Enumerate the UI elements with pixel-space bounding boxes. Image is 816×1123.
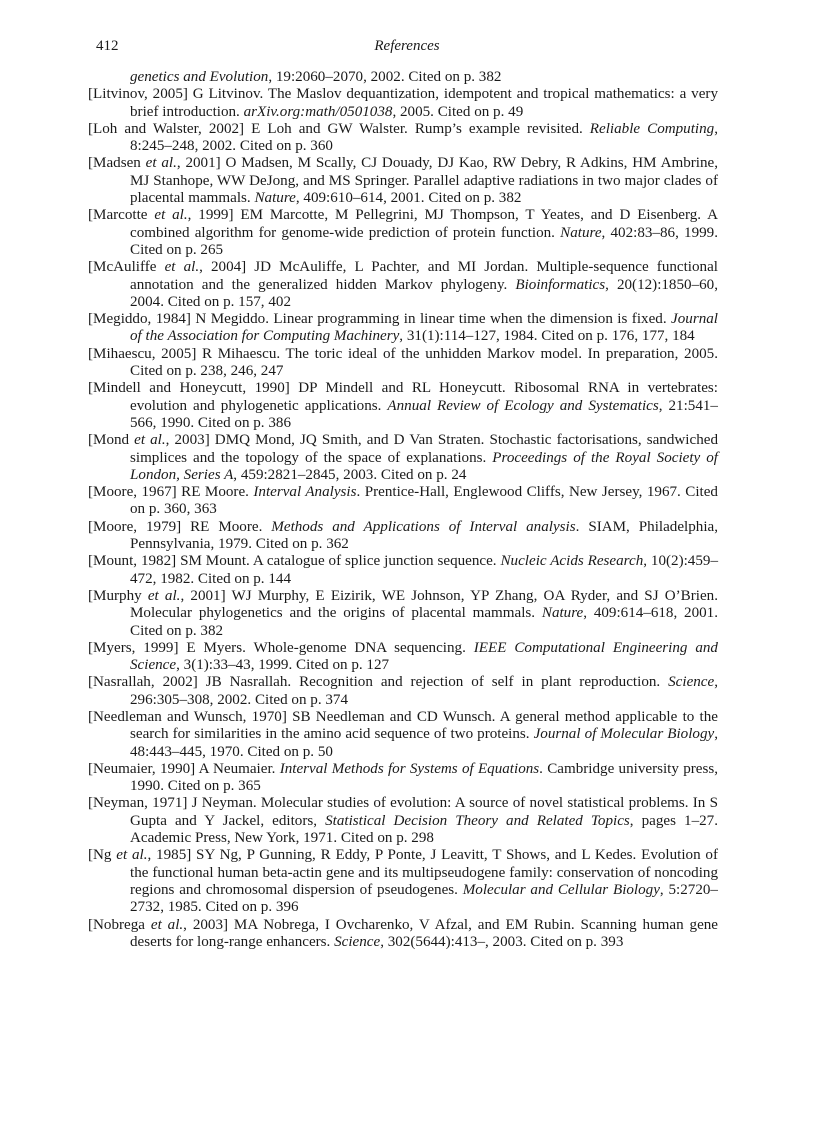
reference-italic-text: Annual Review of Ecology and Systematics xyxy=(387,398,658,414)
reference-italic-text: Molecular and Cellular Biology xyxy=(463,882,660,898)
reference-entry: [Moore, 1967] RE Moore. Interval Analysi… xyxy=(88,484,718,519)
reference-text: [McAuliffe xyxy=(88,259,165,275)
reference-italic-text: et al. xyxy=(134,432,165,448)
reference-entry: [Neumaier, 1990] A Neumaier. Interval Me… xyxy=(88,761,718,796)
reference-text: [Murphy xyxy=(88,588,148,604)
reference-text: , 302(5644):413–, 2003. Cited on p. 393 xyxy=(380,934,623,950)
reference-italic-text: Methods and Applications of Interval ana… xyxy=(271,519,575,535)
reference-text: [Ng xyxy=(88,847,116,863)
reference-text: [Moore, 1979] RE Moore. xyxy=(88,519,271,535)
reference-text: [Marcotte xyxy=(88,207,154,223)
reference-text: [Mount, 1982] SM Mount. A catalogue of s… xyxy=(88,553,500,569)
reference-italic-text: Journal of Molecular Biology xyxy=(534,726,715,742)
running-title: References xyxy=(96,38,718,55)
reference-text: [Mihaescu, 2005] R Mihaescu. The toric i… xyxy=(88,346,718,379)
running-head: 412 References xyxy=(96,38,718,58)
reference-entry: [Mindell and Honeycutt, 1990] DP Mindell… xyxy=(88,380,718,432)
reference-text: , 19:2060–2070, 2002. Cited on p. 382 xyxy=(268,69,501,85)
reference-entry: [Madsen et al., 2001] O Madsen, M Scally… xyxy=(88,155,718,207)
reference-entry: [Marcotte et al., 1999] EM Marcotte, M P… xyxy=(88,207,718,259)
reference-text: [Myers, 1999] E Myers. Whole-genome DNA … xyxy=(88,640,474,656)
reference-italic-text: Science xyxy=(668,674,714,690)
reference-italic-text: et al. xyxy=(151,917,183,933)
reference-italic-text: et al. xyxy=(146,155,177,171)
reference-italic-text: et al. xyxy=(116,847,147,863)
reference-entry: [McAuliffe et al., 2004] JD McAuliffe, L… xyxy=(88,259,718,311)
reference-italic-text: Nature xyxy=(542,605,583,621)
reference-text: [Nobrega xyxy=(88,917,151,933)
reference-italic-text: Nucleic Acids Research xyxy=(500,553,643,569)
reference-text: , 3(1):33–43, 1999. Cited on p. 127 xyxy=(176,657,389,673)
reference-italic-text: arXiv.org:math/0501038 xyxy=(244,104,393,120)
reference-italic-text: et al. xyxy=(165,259,200,275)
reference-italic-text: Nature xyxy=(254,190,295,206)
reference-text: , 31(1):114–127, 1984. Cited on p. 176, … xyxy=(399,328,694,344)
reference-text: [Mond xyxy=(88,432,134,448)
reference-entry: [Litvinov, 2005] G Litvinov. The Maslov … xyxy=(88,86,718,121)
reference-list: genetics and Evolution, 19:2060–2070, 20… xyxy=(88,69,718,951)
reference-entry: [Loh and Walster, 2002] E Loh and GW Wal… xyxy=(88,121,718,156)
reference-italic-text: Bioinfor­matics xyxy=(515,277,605,293)
reference-entry: [Myers, 1999] E Myers. Whole-genome DNA … xyxy=(88,640,718,675)
reference-entry: [Nasrallah, 2002] JB Nasrallah. Recognit… xyxy=(88,674,718,709)
reference-italic-text: et al. xyxy=(154,207,187,223)
reference-entry: [Megiddo, 1984] N Megiddo. Linear progra… xyxy=(88,311,718,346)
reference-italic-text: Interval Analysis xyxy=(253,484,356,500)
reference-italic-text: Reliable Computing xyxy=(590,121,714,137)
reference-text: , 2005. Cited on p. 49 xyxy=(392,104,523,120)
reference-italic-text: genetics and Evolution xyxy=(130,69,268,85)
reference-entry: [Neyman, 1971] J Neyman. Molecular studi… xyxy=(88,795,718,847)
reference-italic-text: Interval Methods for Systems of Equation… xyxy=(280,761,539,777)
reference-italic-text: et al. xyxy=(148,588,181,604)
reference-entry-continuation: genetics and Evolution, 19:2060–2070, 20… xyxy=(88,69,718,86)
reference-italic-text: Nature xyxy=(560,225,601,241)
reference-entry: [Mond et al., 2003] DMQ Mond, JQ Smith, … xyxy=(88,432,718,484)
reference-italic-text: Science xyxy=(334,934,380,950)
reference-text: [Madsen xyxy=(88,155,146,171)
reference-italic-text: Statistical Decision Theory and Related … xyxy=(325,813,630,829)
reference-entry: [Mihaescu, 2005] R Mihaescu. The toric i… xyxy=(88,346,718,381)
reference-text: , 459:2821–2845, 2003. Cited on p. 24 xyxy=(233,467,466,483)
reference-entry: [Murphy et al., 2001] WJ Murphy, E Eizir… xyxy=(88,588,718,640)
reference-entry: [Needleman and Wunsch, 1970] SB Needlema… xyxy=(88,709,718,761)
reference-text: [Nasrallah, 2002] JB Nasrallah. Recognit… xyxy=(88,674,668,690)
reference-entry: [Nobrega et al., 2003] MA Nobrega, I Ovc… xyxy=(88,917,718,952)
reference-text: , 409:610–614, 2001. Cited on p. 382 xyxy=(296,190,522,206)
reference-entry: [Mount, 1982] SM Mount. A catalogue of s… xyxy=(88,553,718,588)
reference-text: [Moore, 1967] RE Moore. xyxy=(88,484,253,500)
reference-text: [Neumaier, 1990] A Neumaier. xyxy=(88,761,280,777)
reference-entry: [Ng et al., 1985] SY Ng, P Gunning, R Ed… xyxy=(88,847,718,916)
reference-text: [Megiddo, 1984] N Megiddo. Linear progra… xyxy=(88,311,671,327)
reference-entry: [Moore, 1979] RE Moore. Methods and Appl… xyxy=(88,519,718,554)
reference-text: [Loh and Walster, 2002] E Loh and GW Wal… xyxy=(88,121,590,137)
